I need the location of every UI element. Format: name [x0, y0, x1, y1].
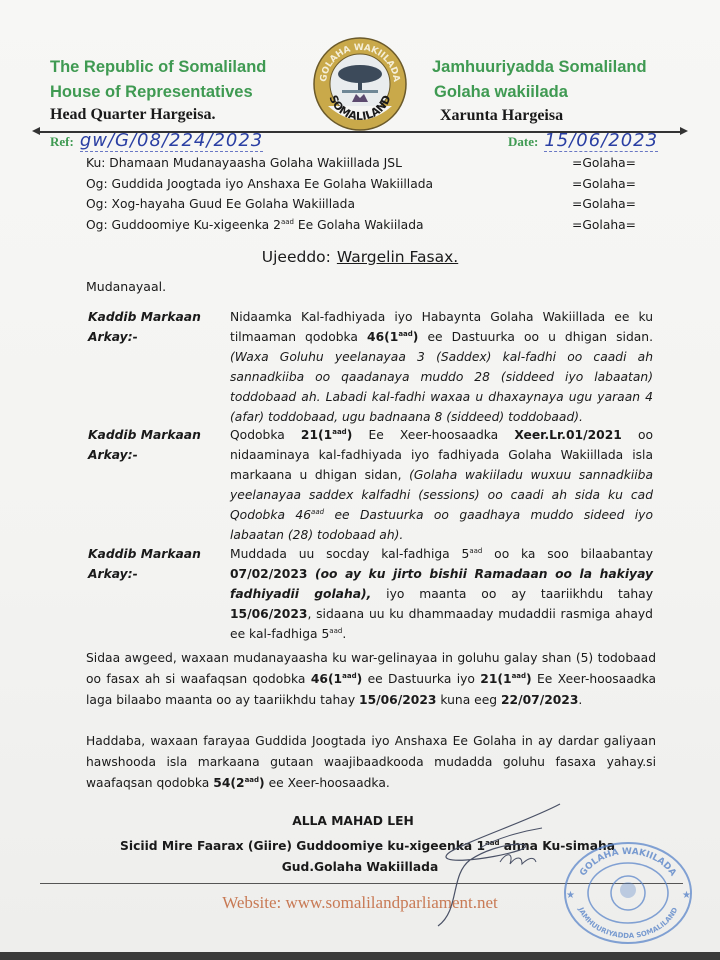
rule-arrow-right-icon: [680, 127, 688, 135]
ref-label: Ref:: [50, 134, 74, 149]
parliament-logo-icon: GOLAHA WAKIILADA SOMALILAND: [312, 36, 408, 132]
date: Date:15/06/2023: [508, 130, 658, 151]
stamp-star-icon: ★: [566, 890, 575, 901]
clause-text: Qodobka 21(1aad) Ee Xeer-hoosaadka Xeer.…: [230, 425, 653, 545]
image-bottom-edge: [0, 952, 720, 960]
notice-paragraph: Sidaa awgeed, waxaan mudanayaasha ku war…: [86, 648, 656, 711]
recipient-row: Ku: Dhamaan Mudanayaasha Golaha Wakiilla…: [86, 153, 636, 174]
letter-page: The Republic of Somaliland House of Repr…: [0, 0, 720, 952]
republic-title: The Republic of Somaliland: [50, 55, 266, 80]
clause-text: Muddada uu socday kal-fadhiga 5aad oo ka…: [230, 544, 653, 644]
stamp-star-icon: ★: [682, 890, 691, 901]
recipients-list: Ku: Dhamaan Mudanayaasha Golaha Wakiilla…: [86, 153, 636, 235]
date-label: Date:: [508, 134, 538, 149]
recipient-row: Og: Guddoomiye Ku-xigeenka 2aad Ee Golah…: [86, 215, 636, 236]
date-value: 15/06/2023: [544, 130, 658, 152]
headquarter-label: Head Quarter Hargeisa.: [50, 106, 266, 124]
subject-line: Ujeeddo:Wargelin Fasax.: [0, 248, 720, 266]
subject-value: Wargelin Fasax.: [337, 248, 458, 266]
recipient-row: Og: Xog-hayaha Guud Ee Golaha Wakiillada…: [86, 194, 636, 215]
recipient-to: Ku: Dhamaan Mudanayaasha Golaha Wakiilla…: [86, 153, 402, 174]
closing-salutation: ALLA MAHAD LEH: [0, 814, 720, 828]
golaha-title: Golaha wakiilada: [434, 80, 647, 105]
clause: Kaddib MarkaanArkay:- Muddada uu socday …: [88, 544, 653, 644]
official-stamp-icon: ★ ★ GOLAHA WAKIILADA JAMHUURIYADDA SOMAL…: [562, 840, 694, 946]
clause-label: Kaddib MarkaanArkay:-: [88, 544, 230, 644]
recipient-cc: =Golaha=: [572, 153, 636, 174]
recipient-cc: =Golaha=: [572, 194, 636, 215]
recipient-cc: =Golaha=: [572, 174, 636, 195]
recipient-cc: =Golaha=: [572, 215, 636, 236]
header-somali: Jamhuuriyadda Somaliland Golaha wakiilad…: [432, 55, 647, 125]
house-title: House of Representatives: [50, 80, 266, 105]
clause-label: Kaddib MarkaanArkay:-: [88, 307, 230, 427]
subject-label: Ujeeddo:: [262, 248, 331, 266]
clause: Kaddib MarkaanArkay:- Nidaamka Kal-fadhi…: [88, 307, 653, 427]
clause-label: Kaddib MarkaanArkay:-: [88, 425, 230, 545]
signatory-name: Siciid Mire Faarax (Giire) Guddoomiye ku…: [120, 839, 615, 853]
header-english: The Republic of Somaliland House of Repr…: [50, 55, 266, 124]
reference: Ref:gw/G/08/224/2023: [50, 130, 263, 151]
xarunta-label: Xarunta Hargeisa: [440, 107, 647, 125]
recipient-to: Og: Xog-hayaha Guud Ee Golaha Wakiillada: [86, 194, 355, 215]
greeting: Mudanayaal.: [86, 279, 166, 294]
jamhuuriyadda-title: Jamhuuriyadda Somaliland: [432, 55, 647, 80]
ref-value: gw/G/08/224/2023: [80, 130, 263, 152]
instruction-paragraph: Haddaba, waxaan farayaa Guddida Joogtada…: [86, 731, 656, 794]
recipient-row: Og: Guddida Joogtada iyo Anshaxa Ee Gola…: [86, 174, 636, 195]
clause: Kaddib MarkaanArkay:- Qodobka 21(1aad) E…: [88, 425, 653, 545]
clause-text: Nidaamka Kal-fadhiyada iyo Habaynta Gola…: [230, 307, 653, 427]
recipient-to: Og: Guddida Joogtada iyo Anshaxa Ee Gola…: [86, 174, 433, 195]
recipient-to: Og: Guddoomiye Ku-xigeenka 2aad Ee Golah…: [86, 215, 424, 236]
